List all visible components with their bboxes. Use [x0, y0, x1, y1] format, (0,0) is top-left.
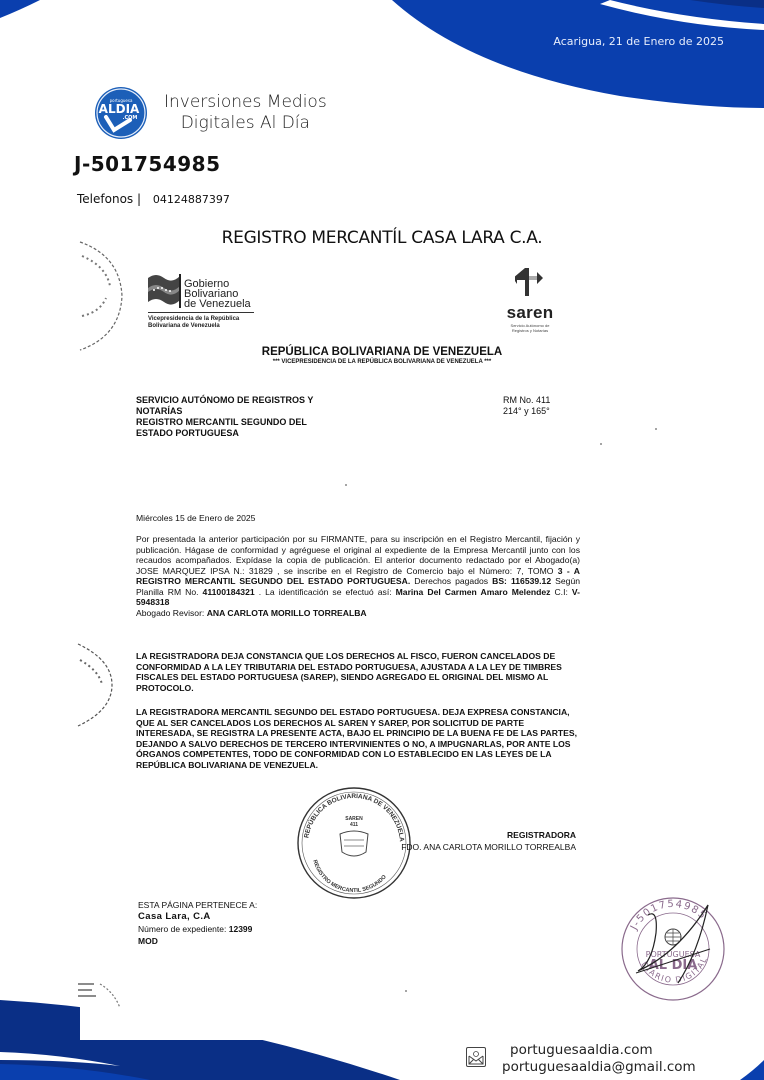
p1-text: Derechos pagados — [410, 576, 492, 586]
p1-person: Marina Del Carmen Amaro Melendez — [396, 587, 551, 597]
registradora-signature: REGISTRADORA FDO. ANA CARLOTA MORILLO TO… — [370, 829, 576, 853]
registradora-name: FDO. ANA CARLOTA MORILLO TORREALBA — [370, 841, 576, 853]
saren-word: saren — [500, 303, 560, 323]
scan-speck — [600, 443, 602, 445]
phones-value: 04124887397 — [153, 193, 230, 206]
scan-speck — [655, 428, 657, 430]
service-block: SERVICIO AUTÓNOMO DE REGISTROS Y NOTARÍA… — [136, 395, 313, 439]
gobierno-logo-text: Gobierno Bolivariano de Venezuela — [184, 279, 251, 309]
website-link[interactable]: portuguesaaldia.com — [510, 1042, 653, 1058]
p1-text: Por presentada la anterior participación… — [136, 534, 580, 576]
email-link[interactable]: portuguesaaldia@gmail.com — [502, 1059, 696, 1075]
company-name: Inversiones Medios Digitales Al Día — [164, 92, 327, 134]
reviewer-name: ANA CARLOTA MORILLO TORREALBA — [207, 608, 367, 618]
paragraph-constancia: LA REGISTRADORA MERCANTIL SEGUNDO DEL ES… — [136, 707, 580, 770]
phones-label: Telefonos | — [77, 192, 141, 206]
digital-seal-icon: J-501754985 DIARIO DIGITAL PORTUGUESA AL… — [618, 893, 728, 1003]
saren-sub2: Registros y Notarías — [500, 328, 560, 333]
partial-stamp-icon — [76, 980, 126, 1010]
p1-amount: BS: 116539.12 — [492, 576, 551, 586]
company-name-line1: Inversiones Medios — [164, 92, 327, 113]
gov-line3: de Venezuela — [184, 299, 251, 309]
vicepresidency-subheading: *** VICEPRESIDENCIA DE LA REPÚBLICA BOLI… — [0, 359, 764, 365]
paragraph-inscription: Por presentada la anterior participación… — [136, 534, 580, 618]
gobierno-logo-subtitle: Vicepresidencia de la República Bolivari… — [148, 316, 239, 330]
saren-logo: saren Servicio Autónomo de Registros y N… — [500, 268, 560, 333]
company-rif: J-501754985 — [74, 152, 221, 176]
republic-heading: REPÚBLICA BOLIVARIANA DE VENEZUELA — [0, 346, 764, 358]
page-owner-block: ESTA PÁGINA PERTENECE A: Casa Lara, C.A … — [138, 899, 257, 947]
reviewer-label: Abogado Revisor: — [136, 608, 207, 618]
svg-text:411: 411 — [350, 822, 358, 828]
pertenece-label: ESTA PÁGINA PERTENECE A: — [138, 899, 257, 911]
rm-block: RM No. 411 214° y 165° — [503, 395, 550, 417]
p1-text: C.I: — [550, 587, 571, 597]
venezuela-flag-icon — [146, 270, 184, 310]
gov-sub2: Bolivariana de Venezuela — [148, 323, 239, 330]
company-name-line2: Digitales Al Día — [164, 113, 327, 134]
svg-text:AL DÍA: AL DÍA — [649, 957, 698, 973]
expediente-value: 12399 — [229, 924, 253, 934]
saren-emblem-icon — [515, 268, 545, 296]
service-line: NOTARÍAS — [136, 406, 313, 417]
registradora-title: REGISTRADORA — [370, 829, 576, 841]
owner-name: Casa Lara, C.A — [138, 911, 257, 923]
partial-stamp-icon — [76, 236, 126, 356]
service-line: REGISTRO MERCANTIL SEGUNDO DEL — [136, 417, 313, 428]
company-phones: Telefonos | 04124887397 — [77, 192, 230, 206]
gov-sub1: Vicepresidencia de la República — [148, 316, 239, 323]
partial-stamp-icon — [76, 640, 116, 730]
paragraph-fiscal: LA REGISTRADORA DEJA CONSTANCIA QUE LOS … — [136, 651, 580, 693]
aldia-logo-icon: portuguesa ALDIA .COM — [94, 86, 148, 140]
svg-text:ALDIA: ALDIA — [99, 102, 140, 116]
mod-label: MOD — [138, 935, 257, 947]
p1-text: . La identificación se efectuó así: — [255, 587, 396, 597]
gov-logo-divider — [148, 312, 254, 313]
rm-number: RM No. 411 — [503, 395, 550, 406]
document-date: Miércoles 15 de Enero de 2025 — [136, 513, 580, 524]
scan-speck — [405, 990, 407, 992]
service-line: SERVICIO AUTÓNOMO DE REGISTROS Y — [136, 395, 313, 406]
service-line: ESTADO PORTUGUESA — [136, 428, 313, 439]
letter-date: Acarigua, 21 de Enero de 2025 — [553, 35, 724, 48]
mail-icon — [466, 1047, 486, 1067]
scan-speck — [345, 484, 347, 486]
p1-planilla: 41100184321 — [203, 587, 255, 597]
rm-years: 214° y 165° — [503, 406, 550, 417]
expediente-label: Número de expediente: — [138, 924, 229, 934]
